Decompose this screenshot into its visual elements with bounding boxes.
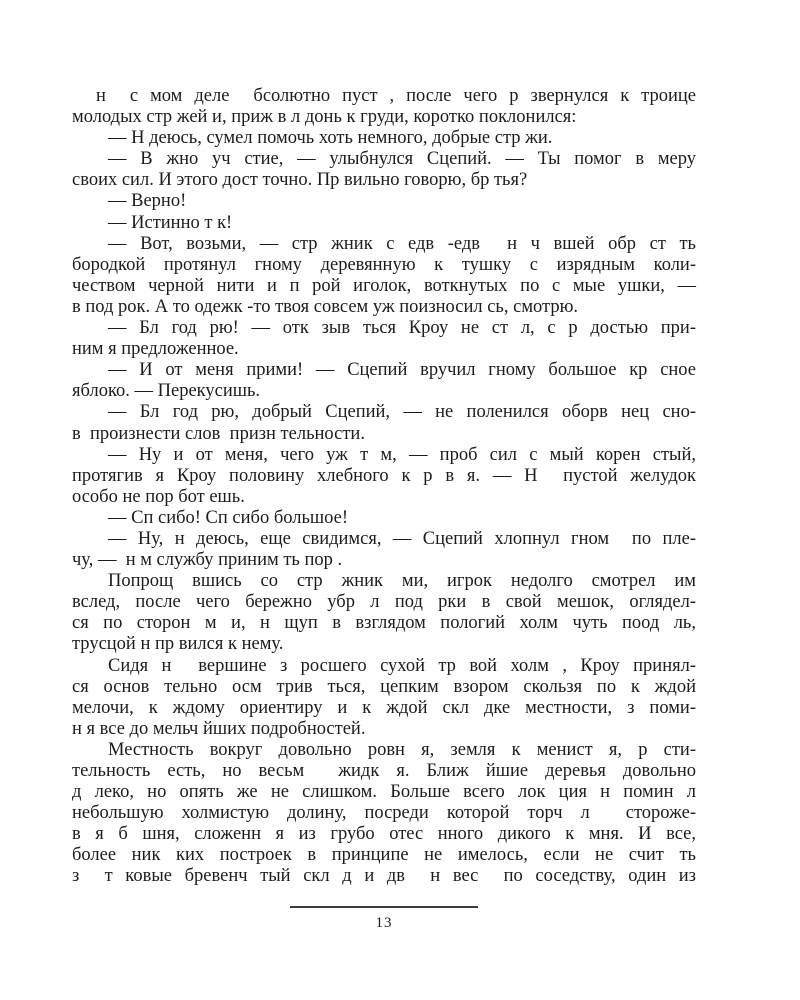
text-line: — В жно уч стие, — улыбнулся Сцепий. — Т… bbox=[72, 149, 696, 170]
text-line: ним я предложенное. bbox=[72, 339, 696, 360]
text-line: бородкой протянул гному деревянную к туш… bbox=[72, 255, 696, 276]
text-line: — Ну и от меня, чего уж т м, — проб сил … bbox=[72, 445, 696, 466]
paragraph: — Н деюсь, сумел помочь хоть немного, до… bbox=[72, 128, 696, 149]
text-line: тельность есть, но весьм жидк я. Ближ йш… bbox=[72, 761, 696, 782]
text-line: д леко, но опять же не слишком. Больше в… bbox=[72, 782, 696, 803]
text-line: протягив я Кроу половину хлебного к р в … bbox=[72, 466, 696, 487]
text-line: — Бл год рю, добрый Сцепий, — не поленил… bbox=[72, 402, 696, 423]
paragraph: Сидя н вершине з росшего сухой тр вой хо… bbox=[72, 656, 696, 740]
paragraph: — Бл год рю! — отк зыв ться Кроу не ст л… bbox=[72, 318, 696, 360]
text-line: н я все до мельч йших подробностей. bbox=[72, 719, 696, 740]
paragraph: — Истинно т к! bbox=[72, 213, 696, 234]
paragraph: — Верно! bbox=[72, 191, 696, 212]
text-line: — Вот, возьми, — стр жник с едв -едв н ч… bbox=[72, 234, 696, 255]
text-line: яблоко. — Перекусишь. bbox=[72, 381, 696, 402]
text-line: — Верно! bbox=[72, 191, 696, 212]
paragraph: — Ну, н деюсь, еще свидимся, — Сцепий хл… bbox=[72, 529, 696, 571]
text-line: ся по сторон м и, н щуп в взглядом полог… bbox=[72, 613, 696, 634]
footer-divider bbox=[290, 906, 478, 908]
text-line: небольшую холмистую долину, посреди кото… bbox=[72, 803, 696, 824]
book-page: н с мом деле бсолютно пуст , после чего … bbox=[0, 0, 800, 1000]
text-line: ся основ тельно осм трив ться, цепким вз… bbox=[72, 677, 696, 698]
text-line: — Сп сибо! Сп сибо большое! bbox=[72, 508, 696, 529]
paragraph: — Бл год рю, добрый Сцепий, — не поленил… bbox=[72, 402, 696, 444]
paragraph: — В жно уч стие, — улыбнулся Сцепий. — Т… bbox=[72, 149, 696, 191]
text-line: з т ковые бревенч тый скл д и дв н вес п… bbox=[72, 866, 696, 887]
text-line: мелочи, к ждому ориентиру и к ждой скл д… bbox=[72, 698, 696, 719]
text-line: в под рок. А то одежк -то твоя совсем уж… bbox=[72, 297, 696, 318]
text-line: в произнести слов призн тельности. bbox=[72, 424, 696, 445]
text-line: Попрощ вшись со стр жник ми, игрок недол… bbox=[72, 571, 696, 592]
text-line: молодых стр жей и, приж в л донь к груди… bbox=[72, 107, 696, 128]
paragraph: н с мом деле бсолютно пуст , после чего … bbox=[72, 86, 696, 128]
text-line: — Н деюсь, сумел помочь хоть немного, до… bbox=[72, 128, 696, 149]
text-line: в я б шня, сложенн я из грубо отес нного… bbox=[72, 824, 696, 845]
paragraph: Попрощ вшись со стр жник ми, игрок недол… bbox=[72, 571, 696, 655]
text-line: — Бл год рю! — отк зыв ться Кроу не ст л… bbox=[72, 318, 696, 339]
text-line: трусцой н пр вился к нему. bbox=[72, 634, 696, 655]
paragraph: — Вот, возьми, — стр жник с едв -едв н ч… bbox=[72, 234, 696, 318]
text-line: — Ну, н деюсь, еще свидимся, — Сцепий хл… bbox=[72, 529, 696, 550]
text-line: — И от меня прими! — Сцепий вручил гному… bbox=[72, 360, 696, 381]
text-line: своих сил. И этого дост точно. Пр вильно… bbox=[72, 170, 696, 191]
text-line: Местность вокруг довольно ровн я, земля … bbox=[72, 740, 696, 761]
page-text: н с мом деле бсолютно пуст , после чего … bbox=[72, 86, 696, 888]
paragraph: Местность вокруг довольно ровн я, земля … bbox=[72, 740, 696, 888]
text-line: особо не пор бот ешь. bbox=[72, 487, 696, 508]
text-line: чеством черной нити и п рой иголок, вотк… bbox=[72, 276, 696, 297]
text-line: вслед, после чего бережно убр л под рки … bbox=[72, 592, 696, 613]
paragraph: — И от меня прими! — Сцепий вручил гному… bbox=[72, 360, 696, 402]
text-line: Сидя н вершине з росшего сухой тр вой хо… bbox=[72, 656, 696, 677]
text-line: н с мом деле бсолютно пуст , после чего … bbox=[72, 86, 696, 107]
paragraph: — Ну и от меня, чего уж т м, — проб сил … bbox=[72, 445, 696, 508]
page-number: 13 bbox=[72, 914, 696, 932]
text-line: — Истинно т к! bbox=[72, 213, 696, 234]
page-footer: 13 bbox=[72, 906, 696, 932]
text-line: чу, — н м службу приним ть пор . bbox=[72, 550, 696, 571]
text-line: более ник ких построек в принципе не име… bbox=[72, 845, 696, 866]
paragraph: — Сп сибо! Сп сибо большое! bbox=[72, 508, 696, 529]
